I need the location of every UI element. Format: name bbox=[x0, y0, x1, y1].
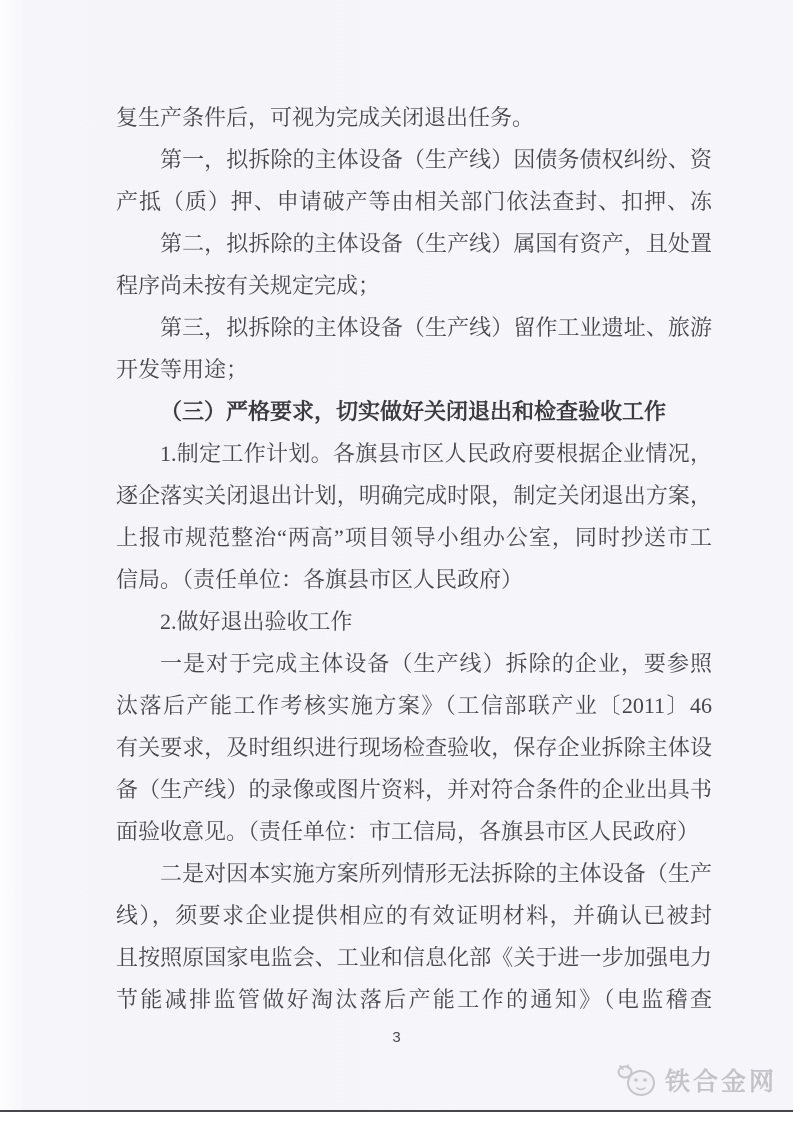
text-line: 复生产条件后，可视为完成关闭退出任务。 bbox=[116, 97, 712, 139]
text-line: 且按照原国家电监会、工业和信息化部《关于进一步加强电力 bbox=[116, 937, 712, 979]
text-line: 开发等用途； bbox=[116, 349, 712, 391]
text-line: 2.做好退出验收工作 bbox=[116, 601, 712, 643]
page-number: 3 bbox=[0, 1029, 793, 1046]
text-line: 第二，拟拆除的主体设备（生产线）属国有资产，且处置 bbox=[116, 223, 712, 265]
text-line: 汰落后产能工作考核实施方案》（工信部联产业〔2011〕46 号） bbox=[116, 685, 712, 727]
watermark-brand-text: 铁合金网 bbox=[665, 1062, 777, 1098]
text-line: 1.制定工作计划。各旗县市区人民政府要根据企业情况， bbox=[116, 433, 712, 475]
mascot-icon bbox=[616, 1062, 658, 1098]
section-heading: （三）严格要求，切实做好关闭退出和检查验收工作 bbox=[116, 391, 712, 433]
text-line: 上报市规范整治“两高”项目领导小组办公室，同时抄送市工 bbox=[116, 517, 712, 559]
text-line: 产抵（质）押、申请破产等由相关部门依法查封、扣押、冻结； bbox=[116, 181, 712, 223]
text-line: 有关要求，及时组织进行现场检查验收，保存企业拆除主体设 bbox=[116, 727, 712, 769]
page-bottom-margin bbox=[0, 1112, 793, 1122]
text-line: 信局。（责任单位：各旗县市区人民政府） bbox=[116, 559, 712, 601]
text-line: 第三，拟拆除的主体设备（生产线）留作工业遗址、旅游 bbox=[116, 307, 712, 349]
ferroalloy-net-watermark: 铁合金网 bbox=[616, 1062, 777, 1098]
text-line: 第一，拟拆除的主体设备（生产线）因债务债权纠纷、资 bbox=[116, 139, 712, 181]
scanned-document-page: 复生产条件后，可视为完成关闭退出任务。 第一，拟拆除的主体设备（生产线）因债务债… bbox=[0, 0, 793, 1122]
text-line: 节能减排监管做好淘汰落后产能工作的通知》（电监稽查 bbox=[116, 979, 712, 1021]
text-line: 程序尚未按有关规定完成； bbox=[116, 265, 712, 307]
text-line: 备（生产线）的录像或图片资料，并对符合条件的企业出具书 bbox=[116, 769, 712, 811]
text-line: 线），须要求企业提供相应的有效证明材料，并确认已被封存， bbox=[116, 895, 712, 937]
text-line: 一是对于完成主体设备（生产线）拆除的企业，要参照《淘 bbox=[116, 643, 712, 685]
text-line: 二是对因本实施方案所列情形无法拆除的主体设备（生产 bbox=[116, 853, 712, 895]
text-line: 逐企落实关闭退出计划，明确完成时限，制定关闭退出方案， bbox=[116, 475, 712, 517]
document-text-block: 复生产条件后，可视为完成关闭退出任务。 第一，拟拆除的主体设备（生产线）因债务债… bbox=[116, 97, 712, 1021]
text-line: 面验收意见。（责任单位：市工信局，各旗县市区人民政府） bbox=[116, 811, 712, 853]
